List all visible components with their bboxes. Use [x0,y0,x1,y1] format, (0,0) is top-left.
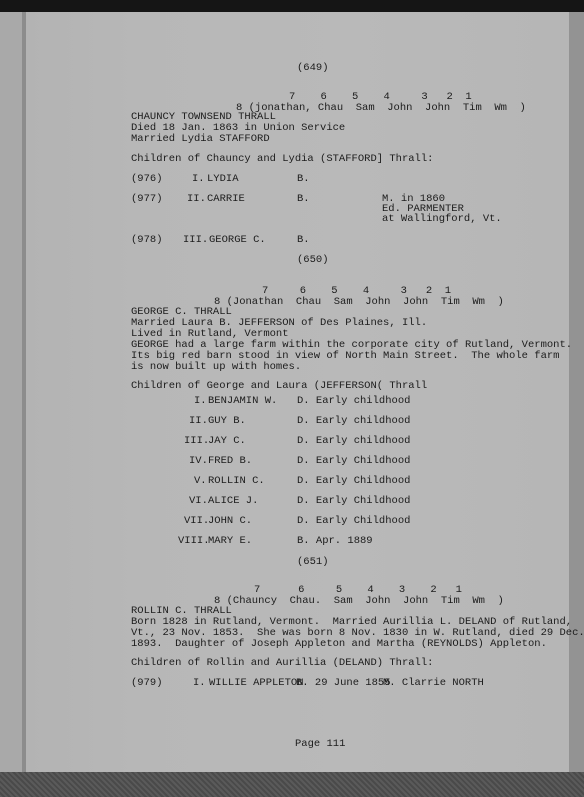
children-heading: Children of George and Laura (JEFFERSON(… [131,380,427,392]
page-number-649: (649) [297,62,329,74]
child-status: D. Early Childhood [297,475,410,487]
child-name: JAY C. [208,435,246,447]
child-id: (979) [131,677,163,689]
child-status: D. Early Childhood [297,495,410,507]
child-numeral: II. [187,193,206,205]
child-numeral: VIII. [178,535,210,547]
child-id: (978) [131,234,163,246]
child-birth: B. [297,234,310,246]
scan-top-edge [0,0,584,12]
child-numeral: V. [194,475,207,487]
child-name: WILLIE APPLETON [209,677,304,689]
child-numeral: III. [184,435,209,447]
child-numeral: II. [189,415,208,427]
child-numeral: I. [194,395,207,407]
child-status: D. Early childhood [297,415,410,427]
child-status: D. Early Childhood [297,455,410,467]
child-numeral: III. [183,234,208,246]
entry-line: Married Lydia STAFFORD [131,133,270,145]
child-numeral: IV. [189,455,208,467]
children-heading: Children of Chauncy and Lydia (STAFFORD]… [131,153,433,165]
child-name: GUY B. [208,415,246,427]
child-name: ROLLIN C. [208,475,265,487]
lineage: 8 (jonathan, Chau Sam John John Tim Wm ) [236,102,526,114]
page-footer: Page 111 [295,738,345,750]
child-name: ALICE J. [208,495,258,507]
child-note: at Wallingford, Vt. [382,213,502,225]
child-status: D. Early childhood [297,395,410,407]
child-numeral: I. [193,677,206,689]
child-birth: B. [297,193,310,205]
children-heading: Children of Rollin and Aurillia (DELAND)… [131,657,433,669]
child-status: D. Early Childhood [297,515,410,527]
child-name: BENJAMIN W. [208,395,277,407]
child-status: B. Apr. 1889 [297,535,373,547]
page-right-edge [569,12,584,774]
child-name: LYDIA [207,173,239,185]
child-name: GEORGE C. [209,234,266,246]
child-name: FRED B. [208,455,252,467]
entry-line: 1893. Daughter of Joseph Appleton and Ma… [131,638,547,650]
child-numeral: I. [192,173,205,185]
child-birth: B. [297,173,310,185]
lineage: 8 (Jonathan Chau Sam John John Tim Wm ) [214,296,504,308]
child-birth: B. 29 June 1855 [296,677,391,689]
child-id: (977) [131,193,163,205]
child-name: JOHN C. [208,515,252,527]
page-number-650: (650) [297,254,329,266]
child-numeral: VII. [184,515,209,527]
scan-bottom-edge [0,772,584,797]
facing-page-edge [0,12,24,774]
page-number-651: (651) [297,556,329,568]
child-name: CARRIE [207,193,245,205]
child-note: M. Clarrie NORTH [383,677,484,689]
child-status: D. Early childhood [297,435,410,447]
entry-line: is now built up with homes. [131,361,301,373]
lineage: 8 (Chauncy Chau. Sam John John Tim Wm ) [214,595,504,607]
child-numeral: VI. [189,495,208,507]
child-id: (976) [131,173,163,185]
child-name: MARY E. [208,535,252,547]
